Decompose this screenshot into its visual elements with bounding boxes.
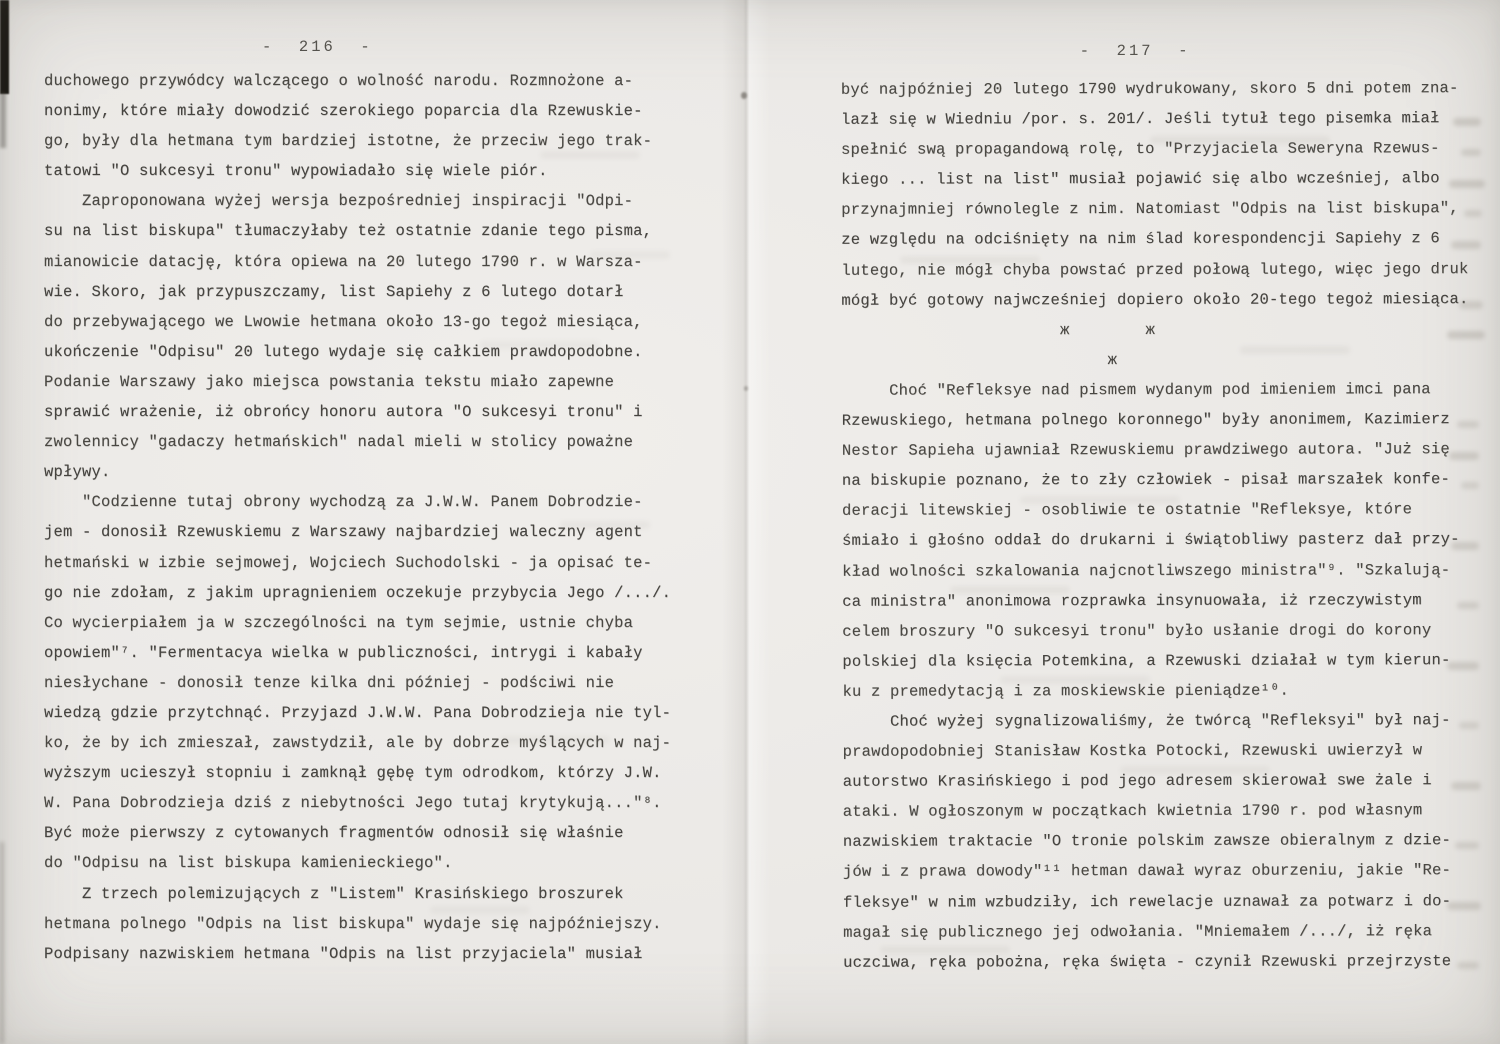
text-line: spełnić swą propagandową rolę, to "Przyj… [841,133,1468,165]
text-line: niesłychane - donosił tenze kilka dni pó… [44,668,671,698]
text-line: Choć "Refleksye nad pismem wydanym pod i… [842,374,1469,406]
text-line: tatowi "O sukcesyi tronu" wypowiadało si… [44,156,671,186]
text-line: na biskupie poznano, że to zły człowiek … [842,464,1469,496]
left-page: - 216 - duchowego przywódcy walczącego o… [0,0,745,1044]
text-line: kład wolności szkalowania najcnotliwszeg… [842,555,1469,587]
text-line: duchowego przywódcy walczącego o wolność… [44,66,671,96]
text-line: śmiało i głośno oddał do drukarni i świą… [842,524,1469,556]
scan-speck [744,386,748,391]
text-line: zwolennicy "gadaczy hetmańskich" nadal m… [44,427,671,457]
text-line: ж ж [841,314,1468,346]
text-line: magał się publicznego jej odwołania. "Mn… [843,916,1470,948]
scan-edge-artifact [0,842,4,1044]
text-line: wie. Skoro, jak przypuszczamy, list Sapi… [44,277,671,307]
text-line: Choć wyżej sygnalizowaliśmy, że twórcą "… [842,705,1469,737]
text-line: Nestor Sapieha ujawniał Rzewuskiemu praw… [842,434,1469,466]
text-line: do "Odpisu na list biskupa kamienieckieg… [44,848,671,878]
text-line: sprawić wrażenie, iż obrońcy honoru auto… [44,397,671,427]
text-line: wiedzą gdzie przytchnąć. Przyjazd J.W.W.… [44,698,671,728]
scan-edge-artifact [0,0,9,94]
text-line: przynajmniej równolegle z nim. Natomiast… [841,193,1468,225]
text-line: W. Pana Dobrodzieja dziś z niebytności J… [44,788,671,818]
text-line: prawdopodobniej Stanisław Kostka Potocki… [843,735,1470,767]
text-line: ca ministra" anonimowa rozprawka insynuo… [842,585,1469,617]
text-line: deracji litewskiej - osobliwie te ostatn… [842,494,1469,526]
text-line: Co wycierpiałem ja w szczególności na ty… [44,608,671,638]
text-line: go nie zdołam, z jakim upragnieniem ocze… [44,578,671,608]
scan-edge-artifact [0,92,6,148]
text-line: wpływy. [44,457,671,487]
text-line: ku z premedytacją i za moskiewskie pieni… [842,675,1469,707]
text-line: ze względu na odciśnięty na nim ślad kor… [841,224,1468,256]
text-line: kiego ... list na list" musiał pojawić s… [841,163,1468,195]
text-line: fleksye" w nim wzbudziły, ich rewelacje … [843,886,1470,918]
page-number-right: - 217 - [1080,42,1191,60]
text-line: "Codzienne tutaj obrony wychodzą za J.W.… [44,487,671,517]
text-line: hetmański w izbie sejmowej, Wojciech Suc… [44,548,671,578]
text-line: opowiem"⁷. "Fermentacya wielka w publicz… [44,638,671,668]
left-page-lines: duchowego przywódcy walczącego o wolność… [44,66,671,969]
text-line: Rzewuskiego, hetmana polnego koronnego" … [842,404,1469,436]
text-line: lutego, nie mógł chyba powstać przed poł… [841,254,1468,286]
text-line: mianowicie datację, która opiewa na 20 l… [44,247,671,277]
text-line: autorstwo Krasińskiego i pod jego adrese… [843,765,1470,797]
text-line: ko, że by ich zmieszał, zawstydził, ale … [44,728,671,758]
text-line: Być może pierwszy z cytowanych fragmentó… [44,818,671,848]
right-page: - 217 - być najpóźniej 20 lutego 1790 wy… [744,0,1500,1044]
text-line: jów i z prawa dowody"¹¹ hetman dawał wyr… [843,856,1470,888]
text-line: uczciwa, ręka pobożna, ręka święta - czy… [843,946,1470,978]
text-line: Z trzech polemizujących z "Listem" Krasi… [44,879,671,909]
text-line: nonimy, które miały dowodzić szerokiego … [44,96,671,126]
text-line: ж [842,344,1469,376]
text-line: nazwiskiem traktacie "O tronie polskim z… [843,825,1470,857]
text-line: ataki. W ogłoszonym w początkach kwietni… [843,795,1470,827]
text-line: celem broszury "O sukcesyi tronu" było u… [842,615,1469,647]
page-number-left: - 216 - [262,38,373,56]
text-line: polskiej dla księcia Potemkina, a Rzewus… [842,645,1469,677]
text-line: wyższym ucieszył stopniu i zamknął gębę … [44,758,671,788]
text-line: hetmana polnego "Odpis na list biskupa" … [44,909,671,939]
text-line: Podanie Warszawy jako miejsca powstania … [44,367,671,397]
text-line: Zaproponowana wyżej wersja bezpośredniej… [44,186,671,216]
scan-speck [741,92,747,99]
text-line: Podpisany nazwiskiem hetmana "Odpis na l… [44,939,671,969]
text-line: go, były dla hetmana tym bardziej istotn… [44,126,671,156]
text-line: mógł być gotowy najwcześniej dopiero oko… [841,284,1468,316]
text-line: być najpóźniej 20 lutego 1790 wydrukowan… [841,73,1468,105]
text-line: jem - donosił Rzewuskiemu z Warszawy naj… [44,517,671,547]
text-line: su na list biskupa" tłumaczyłaby też ost… [44,216,671,246]
text-line: do przebywającego we Lwowie hetmana okoł… [44,307,671,337]
text-line: ukończenie "Odpisu" 20 lutego wydaje się… [44,337,671,367]
right-page-lines: być najpóźniej 20 lutego 1790 wydrukowan… [841,73,1470,977]
text-line: lazł się w Wiedniu /por. s. 201/. Jeśli … [841,103,1468,135]
